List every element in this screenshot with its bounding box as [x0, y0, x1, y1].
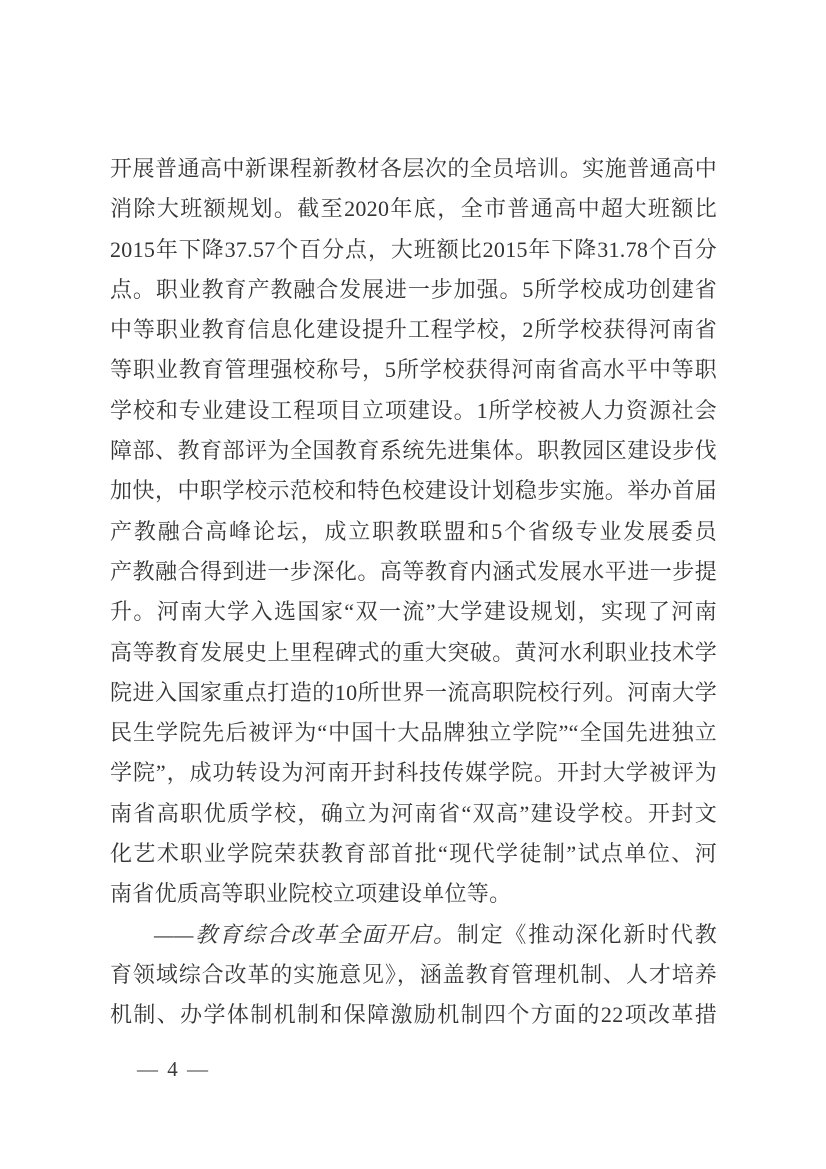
body-text-line: 消除大班额规划。截至2020年底，全市普通高中超大班额比 — [110, 189, 717, 229]
document-page: 开展普通高中新课程新教材各层次的全员培训。实施普通高中 消除大班额规划。截至20… — [0, 0, 826, 1169]
body-text-line: 升。河南大学入选国家“双一流”大学建设规划，实现了河南 — [110, 592, 717, 632]
body-text-line: 民生学院先后被评为“中国十大品牌独立学院”“全国先进独立 — [110, 713, 717, 753]
body-text-line: 学院”，成功转设为河南开封科技传媒学院。开封大学被评为河 — [110, 753, 717, 793]
document-body: 开展普通高中新课程新教材各层次的全员培训。实施普通高中 消除大班额规划。截至20… — [110, 149, 717, 1036]
body-text-line: 2015年下降37.57个百分点，大班额比2015年下降31.78个百分 — [110, 230, 717, 270]
paragraph-lead-emphasis: ——教育综合改革全面开启。 — [154, 922, 457, 947]
body-text-line: 开展普通高中新课程新教材各层次的全员培训。实施普通高中 — [110, 149, 717, 189]
body-text-line: 加快，中职学校示范校和特色校建设计划稳步实施。举办首届 — [110, 471, 717, 511]
body-text-line: 中等职业教育信息化建设提升工程学校，2所学校获得河南省中 — [110, 310, 717, 350]
body-text-line: 障部、教育部评为全国教育系统先进集体。职教园区建设步伐 — [110, 431, 717, 471]
body-text-line: 育领域综合改革的实施意见》，涵盖教育管理机制、人才培养 — [110, 955, 717, 995]
body-text-line: 南省高职优质学校，确立为河南省“双高”建设学校。开封文 — [110, 794, 717, 834]
page-number: — 4 — — [137, 1054, 210, 1084]
body-text-line: 产教融合得到进一步深化。高等教育内涵式发展水平进一步提 — [110, 552, 717, 592]
paragraph-start-line: ——教育综合改革全面开启。制定《推动深化新时代教 — [110, 915, 717, 955]
body-text-line: 产教融合高峰论坛，成立职教联盟和5个省级专业发展委员会， — [110, 512, 717, 552]
body-text-line: 化艺术职业学院荣获教育部首批“现代学徒制”试点单位、河 — [110, 834, 717, 874]
body-text-line: 南省优质高等职业院校立项建设单位等。 — [110, 874, 717, 914]
body-text-line: 等职业教育管理强校称号，5所学校获得河南省高水平中等职业 — [110, 350, 717, 390]
body-text-line: 点。职业教育产教融合发展进一步加强。5所学校成功创建省级 — [110, 270, 717, 310]
body-text-line: 高等教育发展史上里程碑式的重大突破。黄河水利职业技术学 — [110, 633, 717, 673]
body-text-line: 院进入国家重点打造的10所世界一流高职院校行列。河南大学 — [110, 673, 717, 713]
body-text-line: 机制、办学体制机制和保障激励机制四个方面的22项改革措 — [110, 995, 717, 1035]
body-text-line: 学校和专业建设工程项目立项建设。1所学校被人力资源社会保 — [110, 391, 717, 431]
body-text: 制定《推动深化新时代教 — [457, 922, 717, 947]
